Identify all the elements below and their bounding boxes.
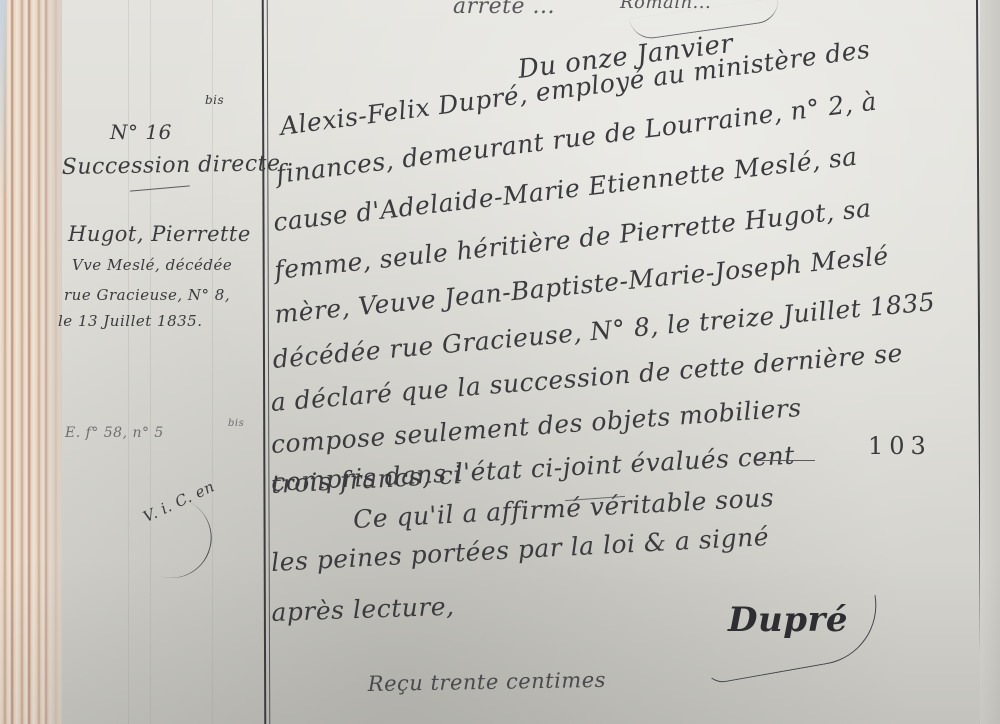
body-line: après lecture, [271, 592, 455, 627]
title-underline [130, 185, 190, 192]
paper-fold-line [212, 0, 213, 724]
header-fragment-left: arrêté ... [453, 0, 555, 19]
entry-number: N° 16 [110, 120, 172, 144]
background-strip [0, 0, 6, 200]
document-page: bis N° 16 Succession directe Hugot, Pier… [0, 0, 1000, 724]
margin-line: Vve Meslé, décédée [72, 256, 232, 274]
reference-suffix: bis [228, 418, 244, 429]
declared-amount: 103 [868, 432, 932, 460]
entry-suffix: bis [205, 93, 224, 107]
register-reference: E. f° 58, n° 5 [65, 425, 164, 441]
amount-leader-dash [755, 460, 815, 461]
paper-fold-line [128, 0, 129, 724]
body-line: les peines portées par la loi & a signé [270, 522, 769, 577]
margin-line: le 13 Juillet 1835. [58, 312, 202, 330]
margin-line: Hugot, Pierrette [68, 222, 251, 246]
margin-line: rue Gracieuse, N° 8, [64, 286, 230, 304]
fee-receipt-note: Reçu trente centimes [368, 668, 607, 696]
entry-title: Succession directe [62, 151, 281, 180]
right-page-margin [980, 0, 1000, 724]
paper-fold-line [150, 0, 151, 724]
stained-page-edges [0, 0, 62, 724]
margin-double-rule [262, 0, 271, 724]
